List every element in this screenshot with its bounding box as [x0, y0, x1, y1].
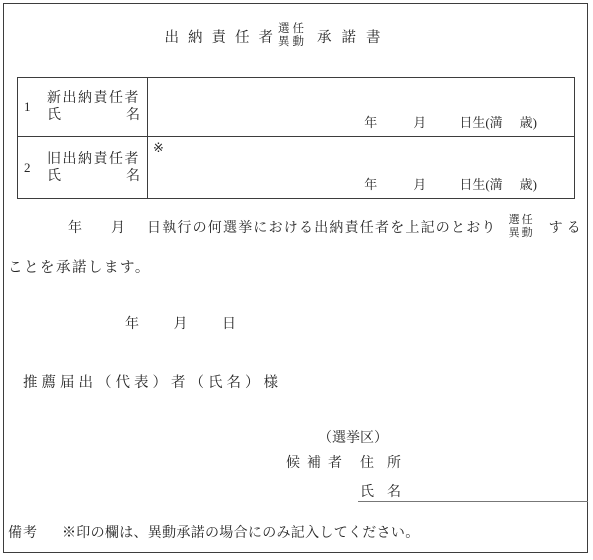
row-label-name: 氏 名 — [47, 107, 140, 124]
row-label-name: 氏 名 — [47, 168, 140, 185]
candidate-address-label-1: 住 — [360, 452, 374, 472]
dob-month: 月 — [413, 115, 426, 130]
dob-day-age-open: 日生(満 — [459, 177, 502, 192]
manager-table: 1 新出納責任者 氏 名 年月日生(満歳) 2 — [17, 77, 575, 199]
dob-month: 月 — [413, 177, 426, 192]
asterisk-mark: ※ — [153, 140, 164, 156]
date-month: 月 — [174, 317, 188, 332]
table-row-old-manager: 2 旧出納責任者 氏 名 ※ 年月日生(満歳) — [18, 137, 574, 198]
dob-year: 年 — [364, 115, 377, 130]
date-year: 年 — [125, 317, 139, 332]
title-stack-top: 選任 — [278, 23, 307, 37]
candidate-label: 候補者 — [286, 452, 349, 472]
label-cell: 1 新出納責任者 氏 名 — [18, 78, 148, 136]
row-number: 1 — [24, 99, 47, 115]
label-name-first: 氏 — [47, 168, 61, 185]
form-page: 出納責任者 選任 異動 承諾書 1 新出納責任者 氏 名 — [0, 0, 593, 560]
name-entry-cell[interactable]: 年月日生(満歳) — [148, 78, 574, 136]
name-signature-line[interactable] — [358, 501, 588, 502]
addressee-line: 推薦届出（代表）者（氏名）様 — [23, 371, 282, 392]
dob-age-close: 歳) — [520, 115, 537, 130]
remarks-label: 備考 — [8, 522, 38, 542]
row-label-title: 旧出納責任者 — [47, 151, 140, 168]
candidate-name-label-2: 名 — [387, 481, 401, 501]
dob-year: 年 — [364, 177, 377, 192]
date-of-birth-line: 年月日生(満歳) — [364, 174, 537, 193]
form-title: 出納責任者 選任 異動 承諾書 — [0, 21, 574, 51]
electoral-district-label: （選挙区） — [318, 427, 388, 447]
consent-suru: する — [549, 217, 585, 237]
date-of-birth-line: 年月日生(満歳) — [364, 112, 537, 131]
consent-sentence-line1: 年 月 日執行の何選挙における出納責任者を上記のとおり 選任 異動 する — [68, 213, 585, 241]
title-stack-bottom: 異動 — [278, 36, 307, 50]
row-label: 新出納責任者 氏 名 — [47, 90, 140, 124]
table-row-new-manager: 1 新出納責任者 氏 名 年月日生(満歳) — [18, 78, 574, 137]
title-prefix: 出納責任者 — [165, 26, 283, 47]
consent-appointment-change-stack: 選任 異動 — [509, 214, 535, 241]
candidate-name-label-1: 氏 — [360, 481, 374, 501]
consent-main-text: 日執行の何選挙における出納責任者を上記のとおり — [147, 217, 497, 237]
row-label-title: 新出納責任者 — [47, 90, 140, 107]
label-name-last: 名 — [126, 107, 140, 124]
consent-stack-bottom: 異動 — [509, 227, 535, 241]
title-appointment-change-stack: 選任 異動 — [278, 23, 307, 50]
dob-day-age-open: 日生(満 — [459, 115, 502, 130]
label-cell: 2 旧出納責任者 氏 名 — [18, 137, 148, 198]
label-name-first: 氏 — [47, 107, 61, 124]
row-label: 旧出納責任者 氏 名 — [47, 151, 140, 185]
date-day: 日 — [222, 317, 236, 332]
row-number: 2 — [24, 160, 47, 176]
signature-date-line: 年 月 日 — [125, 313, 236, 333]
consent-month: 月 — [111, 217, 125, 237]
remarks-text: ※印の欄は、異動承諾の場合にのみ記入してください。 — [62, 522, 420, 542]
consent-year: 年 — [68, 217, 82, 237]
label-name-last: 名 — [126, 168, 140, 185]
consent-stack-top: 選任 — [509, 214, 535, 228]
consent-sentence-line2: ことを承諾します。 — [8, 256, 151, 277]
dob-age-close: 歳) — [520, 177, 537, 192]
name-entry-cell[interactable]: ※ 年月日生(満歳) — [148, 137, 574, 198]
title-suffix: 承諾書 — [317, 26, 391, 47]
candidate-address-label-2: 所 — [387, 452, 401, 472]
